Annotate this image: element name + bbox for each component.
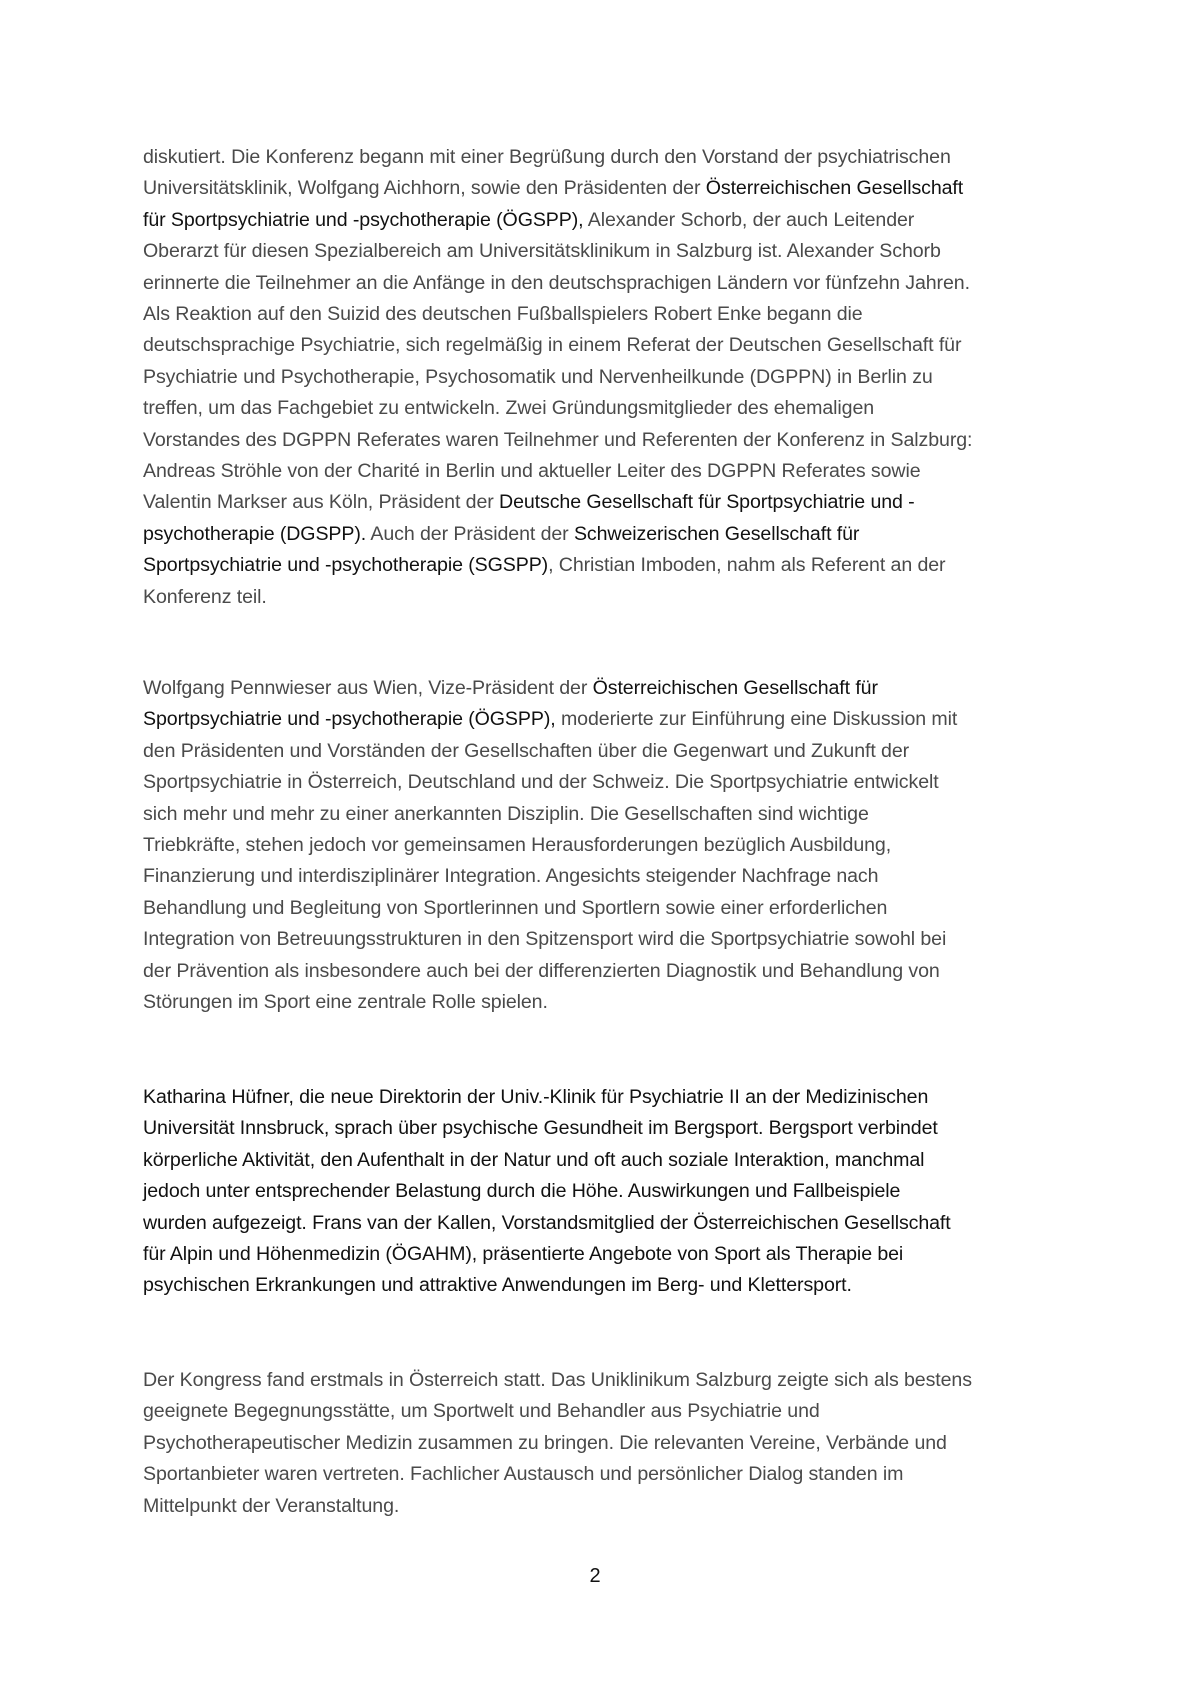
text-line: Psychotherapeutischer Medizin zusammen z… xyxy=(143,1428,972,1459)
text-line: Valentin Markser aus Köln, Präsident der… xyxy=(143,487,972,518)
text-segment: Sportanbieter waren vertreten. Fachliche… xyxy=(143,1463,903,1485)
text-segment: Valentin Markser aus Köln, Präsident der xyxy=(143,491,499,513)
organization-name: Sportpsychiatrie und -psychotherapie (SG… xyxy=(143,554,548,576)
text-segment: Psychotherapeutischer Medizin zusammen z… xyxy=(143,1432,947,1454)
text-line: psychotherapie (DGSPP). Auch der Präside… xyxy=(143,519,972,550)
text-line: Andreas Ströhle von der Charité in Berli… xyxy=(143,456,972,487)
text-segment: deutschsprachige Psychiatrie, sich regel… xyxy=(143,334,961,356)
text-line: Oberarzt für diesen Spezialbereich am Un… xyxy=(143,236,972,267)
text-line: Sportpsychiatrie in Österreich, Deutschl… xyxy=(143,767,957,798)
organization-name: Sportpsychiatrie und -psychotherapie (ÖG… xyxy=(143,708,556,730)
text-segment: Vorstandes des DGPPN Referates waren Tei… xyxy=(143,429,972,451)
text-line: treffen, um das Fachgebiet zu entwickeln… xyxy=(143,393,972,424)
text-line: Finanzierung und interdisziplinärer Inte… xyxy=(143,861,957,892)
text-line: jedoch unter entsprechender Belastung du… xyxy=(143,1176,951,1207)
text-segment: Alexander Schorb, der auch Leitender xyxy=(584,209,915,231)
text-line: diskutiert. Die Konferenz begann mit ein… xyxy=(143,142,972,173)
text-line: Universität Innsbruck, sprach über psych… xyxy=(143,1113,951,1144)
text-line: der Prävention als insbesondere auch bei… xyxy=(143,956,957,987)
paragraph-congress-summary: Der Kongress fand erstmals in Österreich… xyxy=(143,1365,972,1522)
text-segment: körperliche Aktivität, den Aufenthalt in… xyxy=(143,1149,924,1171)
text-line: Behandlung und Begleitung von Sportlerin… xyxy=(143,893,957,924)
page-number: 2 xyxy=(0,1565,1190,1588)
organization-name: Schweizerischen Gesellschaft für xyxy=(574,523,859,545)
text-segment: sich mehr und mehr zu einer anerkannten … xyxy=(143,803,869,825)
text-segment: moderierte zur Einführung eine Diskussio… xyxy=(556,708,958,730)
text-line: Vorstandes des DGPPN Referates waren Tei… xyxy=(143,425,972,456)
text-line: Der Kongress fand erstmals in Österreich… xyxy=(143,1365,972,1396)
text-line: Als Reaktion auf den Suizid des deutsche… xyxy=(143,299,972,330)
text-segment: Psychiatrie und Psychotherapie, Psychoso… xyxy=(143,366,933,388)
text-line: sich mehr und mehr zu einer anerkannten … xyxy=(143,799,957,830)
text-line: Wolfgang Pennwieser aus Wien, Vize-Präsi… xyxy=(143,673,957,704)
text-segment: Universität Innsbruck, sprach über psych… xyxy=(143,1117,938,1139)
text-line: wurden aufgezeigt. Frans van der Kallen,… xyxy=(143,1208,951,1239)
text-segment: für Alpin und Höhenmedizin (ÖGAHM), präs… xyxy=(143,1243,903,1265)
text-line: für Sportpsychiatrie und -psychotherapie… xyxy=(143,205,972,236)
text-segment: Auch der Präsident der xyxy=(366,523,574,545)
organization-name: für Sportpsychiatrie und -psychotherapie… xyxy=(143,209,584,231)
text-segment: Universitätsklinik, Wolfgang Aichhorn, s… xyxy=(143,177,706,199)
organization-name: Österreichischen Gesellschaft xyxy=(706,177,963,199)
paragraph-conference-opening: diskutiert. Die Konferenz begann mit ein… xyxy=(143,142,972,613)
text-segment: den Präsidenten und Vorständen der Gesel… xyxy=(143,740,909,762)
text-segment: Wolfgang Pennwieser aus Wien, Vize-Präsi… xyxy=(143,677,593,699)
text-line: Katharina Hüfner, die neue Direktorin de… xyxy=(143,1082,951,1113)
text-segment: Behandlung und Begleitung von Sportlerin… xyxy=(143,897,887,919)
text-line: körperliche Aktivität, den Aufenthalt in… xyxy=(143,1145,951,1176)
text-segment: Finanzierung und interdisziplinärer Inte… xyxy=(143,865,878,887)
text-line: Integration von Betreuungsstrukturen in … xyxy=(143,924,957,955)
text-segment: wurden aufgezeigt. Frans van der Kallen,… xyxy=(143,1212,951,1234)
text-line: Sportpsychiatrie und -psychotherapie (ÖG… xyxy=(143,704,957,735)
text-line: Psychiatrie und Psychotherapie, Psychoso… xyxy=(143,362,972,393)
text-line: den Präsidenten und Vorständen der Gesel… xyxy=(143,736,957,767)
text-segment: Als Reaktion auf den Suizid des deutsche… xyxy=(143,303,863,325)
text-segment: psychischen Erkrankungen und attraktive … xyxy=(143,1274,852,1296)
text-line: Sportpsychiatrie und -psychotherapie (SG… xyxy=(143,550,972,581)
paragraph-mountain-sports: Katharina Hüfner, die neue Direktorin de… xyxy=(143,1082,951,1302)
text-line: erinnerte die Teilnehmer an die Anfänge … xyxy=(143,268,972,299)
text-segment: erinnerte die Teilnehmer an die Anfänge … xyxy=(143,272,970,294)
text-segment: jedoch unter entsprechender Belastung du… xyxy=(143,1180,900,1202)
text-line: Universitätsklinik, Wolfgang Aichhorn, s… xyxy=(143,173,972,204)
text-segment: Störungen im Sport eine zentrale Rolle s… xyxy=(143,991,548,1013)
text-segment: Katharina Hüfner, die neue Direktorin de… xyxy=(143,1086,928,1108)
text-segment: , Christian Imboden, nahm als Referent a… xyxy=(548,554,945,576)
organization-name: Deutsche Gesellschaft für Sportpsychiatr… xyxy=(499,491,915,513)
text-segment: Der Kongress fand erstmals in Österreich… xyxy=(143,1369,972,1391)
text-line: deutschsprachige Psychiatrie, sich regel… xyxy=(143,330,972,361)
organization-name: Österreichischen Gesellschaft für xyxy=(593,677,878,699)
text-segment: Sportpsychiatrie in Österreich, Deutschl… xyxy=(143,771,939,793)
text-line: psychischen Erkrankungen und attraktive … xyxy=(143,1270,951,1301)
text-segment: Andreas Ströhle von der Charité in Berli… xyxy=(143,460,921,482)
text-segment: geeignete Begegnungsstätte, um Sportwelt… xyxy=(143,1400,820,1422)
text-line: Sportanbieter waren vertreten. Fachliche… xyxy=(143,1459,972,1490)
text-segment: Triebkräfte, stehen jedoch vor gemeinsam… xyxy=(143,834,891,856)
text-segment: Konferenz teil. xyxy=(143,586,267,608)
text-segment: Oberarzt für diesen Spezialbereich am Un… xyxy=(143,240,941,262)
text-segment: der Prävention als insbesondere auch bei… xyxy=(143,960,940,982)
text-line: Störungen im Sport eine zentrale Rolle s… xyxy=(143,987,957,1018)
text-line: geeignete Begegnungsstätte, um Sportwelt… xyxy=(143,1396,972,1427)
text-line: Konferenz teil. xyxy=(143,582,972,613)
organization-name: psychotherapie (DGSPP). xyxy=(143,523,366,545)
paragraph-panel-discussion: Wolfgang Pennwieser aus Wien, Vize-Präsi… xyxy=(143,673,957,1018)
text-line: Mittelpunkt der Veranstaltung. xyxy=(143,1491,972,1522)
text-line: für Alpin und Höhenmedizin (ÖGAHM), präs… xyxy=(143,1239,951,1270)
text-segment: Integration von Betreuungsstrukturen in … xyxy=(143,928,946,950)
text-line: Triebkräfte, stehen jedoch vor gemeinsam… xyxy=(143,830,957,861)
text-segment: Mittelpunkt der Veranstaltung. xyxy=(143,1495,399,1517)
text-segment: diskutiert. Die Konferenz begann mit ein… xyxy=(143,146,951,168)
text-segment: treffen, um das Fachgebiet zu entwickeln… xyxy=(143,397,874,419)
